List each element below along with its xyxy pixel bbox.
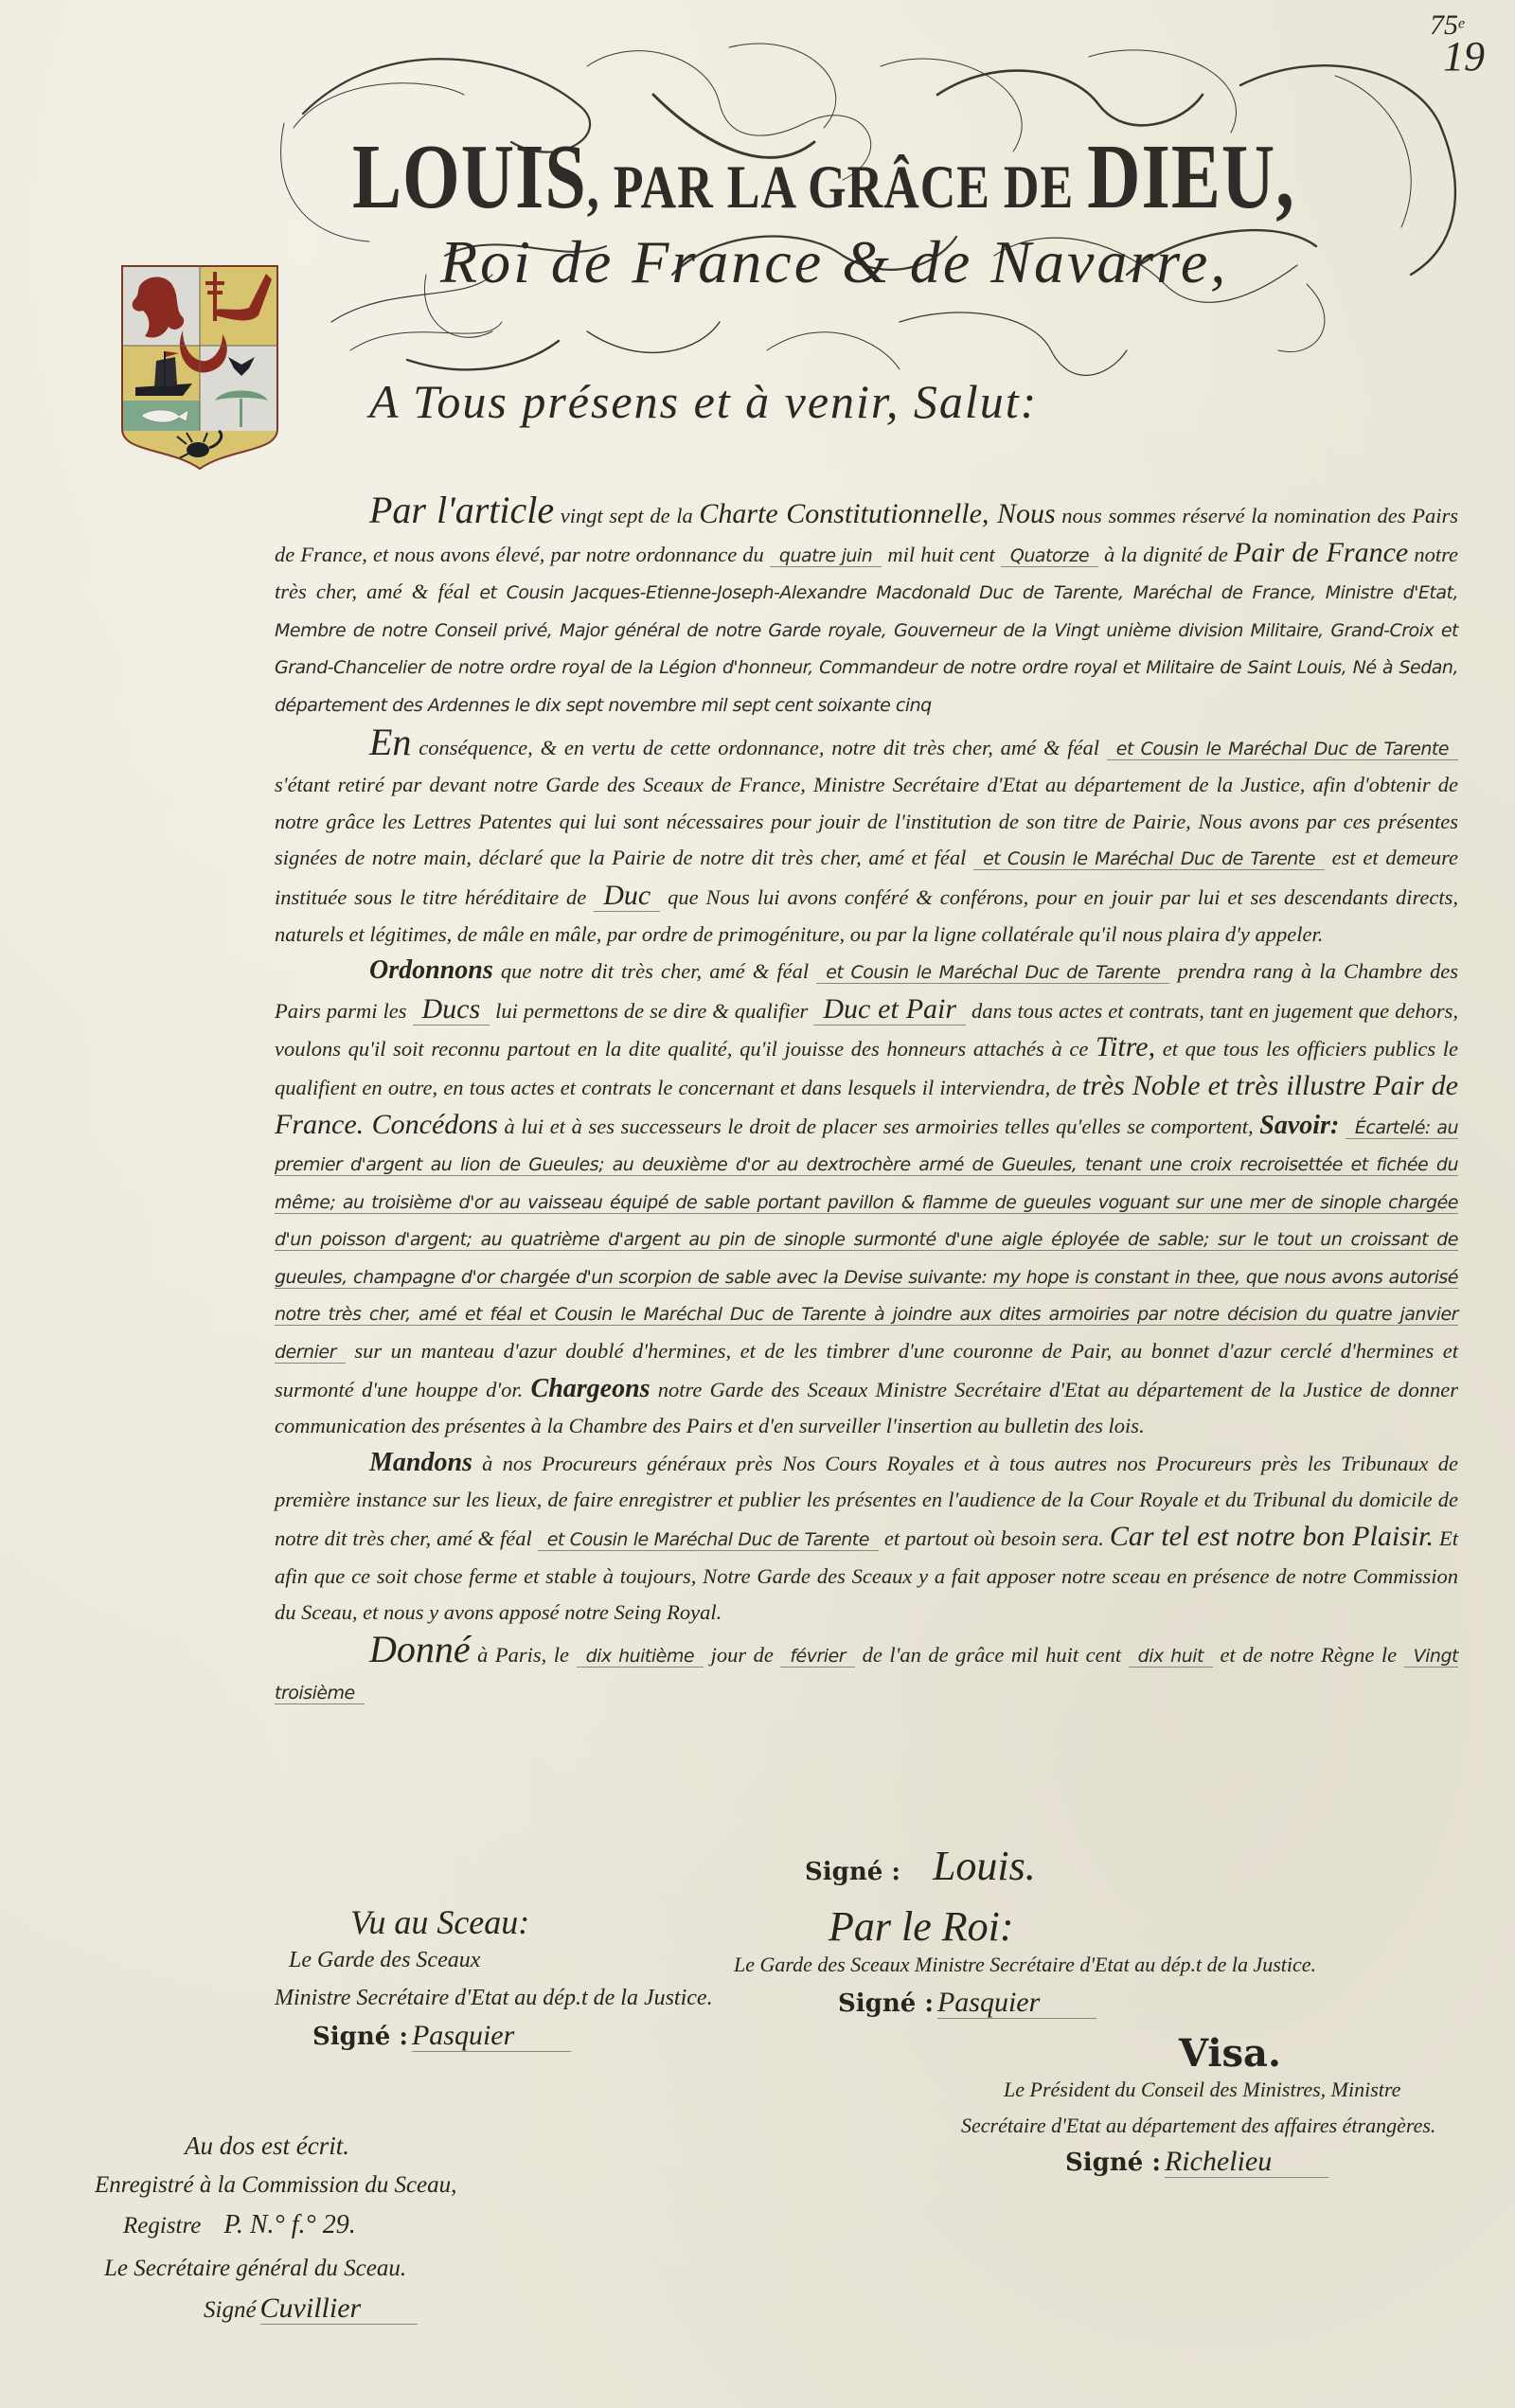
paragraph-mandons: Mandons à nos Procureurs généraux près N… (275, 1445, 1458, 1632)
king-signature: Signé : Louis. (805, 1842, 1036, 1890)
concedons-word: Concédons (364, 1109, 498, 1140)
visa-line1: Le Président du Conseil des Ministres, M… (1004, 2072, 1435, 2108)
letters-patent-title: LOUIS, PAR LA GRÂCE DE DIEU, (352, 123, 1295, 230)
body-text: jour de (704, 1643, 780, 1667)
savoir-word: Savoir: (1259, 1111, 1339, 1140)
signature-label: Signé : (805, 1858, 900, 1886)
body-text: vingt sept de la (554, 504, 699, 527)
body-text: et partout où besoin sera. (879, 1526, 1110, 1550)
bon-plaisir: Car tel est notre bon Plaisir. (1110, 1521, 1434, 1552)
lead-word-chargeons: Chargeons (531, 1374, 651, 1403)
filled-day: dix huitième (577, 1646, 704, 1668)
par-le-roi-line1: Le Garde des Sceaux Ministre Secrétaire … (734, 1946, 1316, 1984)
signature-name: Richelieu (1165, 2146, 1328, 2178)
filled-name: et Cousin le Maréchal Duc de Tarente (973, 848, 1325, 870)
filled-month: février (780, 1646, 855, 1668)
body-text: à la dignité de (1098, 543, 1234, 566)
lead-word: Donné (369, 1628, 471, 1670)
body-text: que notre dit très cher, amé & féal (493, 959, 817, 983)
folio-superscript: e (1458, 16, 1465, 32)
filled-name: et Cousin le Maréchal Duc de Tarente (816, 962, 1169, 984)
paragraph-charter: Par l'article vingt sept de la Charte Co… (275, 492, 1458, 724)
paragraph-consequence: En conséquence, & en vertu de cette ordo… (275, 724, 1458, 954)
signature-name: Louis. (933, 1843, 1036, 1889)
par-le-roi-block: Par le Roi: Le Garde des Sceaux Ministre… (734, 1908, 1316, 2026)
title-king-of-france: Roi de France & de Navarre, (440, 227, 1228, 297)
par-le-roi-heading: Par le Roi: (829, 1908, 1316, 1946)
lead-word: Par l'article (369, 489, 554, 531)
title-comma: , (1275, 124, 1295, 227)
register-value: P. N.° f.° 29. (223, 2210, 355, 2239)
body-text: lui permettons de se dire & qualifier (490, 999, 813, 1023)
pair-de-france: Pair de France (1234, 537, 1408, 568)
lead-word: En (369, 721, 411, 763)
signature-name: Cuvillier (260, 2292, 419, 2325)
body-text: à lui et à ses successeurs le droit de p… (498, 1115, 1259, 1138)
seal-line1: Le Garde des Sceaux (289, 1941, 713, 1979)
lead-word: Ordonnons (369, 955, 493, 985)
filled-year: Quatorze (1001, 545, 1098, 567)
title-king-name: LOUIS (352, 124, 587, 227)
seal-line2: Ministre Secrétaire d'Etat au dép.t de l… (275, 1979, 713, 2017)
title-greeting: A Tous présens et à venir, Salut: (369, 374, 1038, 429)
title-god: DIEU (1087, 124, 1275, 227)
filled-date: quatre juin (770, 545, 882, 567)
seal-block: Vu au Sceau: Le Garde des Sceaux Ministr… (275, 1903, 713, 2060)
letters-patent-body: Par l'article vingt sept de la Charte Co… (275, 492, 1458, 1712)
signature-name: Pasquier (412, 2020, 571, 2052)
verso-line3: Le Secrétaire général du Sceau. (104, 2249, 456, 2289)
paragraph-ordonnons: Ordonnons que notre dit très cher, amé &… (275, 953, 1458, 1445)
visa-line2: Secrétaire d'Etat au département des aff… (961, 2108, 1435, 2144)
visa-block: Visa. Le Président du Conseil des Minist… (961, 2036, 1435, 2185)
body-text: mil huit cent (882, 543, 1001, 566)
seal-heading: Vu au Sceau: (350, 1903, 713, 1941)
folio-second-number: 19 (1443, 36, 1485, 78)
lead-word: Mandons (369, 1448, 472, 1477)
register-label: Registre (123, 2213, 201, 2239)
verso-heading: Au dos est écrit. (185, 2126, 456, 2166)
hereditary-title: Duc (594, 880, 660, 912)
title-by-grace: , PAR LA GRÂCE DE (587, 154, 1087, 222)
titre-word: Titre, (1096, 1031, 1155, 1062)
body-text: conséquence, & en vertu de cette ordonna… (411, 736, 1106, 759)
body-text: à Paris, le (471, 1643, 577, 1667)
signature-name: Pasquier (937, 1987, 1096, 2019)
folio-number: 75e 19 (1430, 11, 1485, 78)
body-text: de l'an de grâce mil huit cent (855, 1643, 1129, 1667)
verso-line1: Enregistré à la Commission du Sceau, (95, 2166, 456, 2205)
filled-name: et Cousin le Maréchal Duc de Tarente (1107, 739, 1458, 760)
nous-word: Nous (989, 498, 1055, 529)
signature-label: Signé (204, 2297, 257, 2323)
filled-year: dix huit (1129, 1646, 1213, 1668)
signature-label: Signé : (838, 1989, 934, 2018)
rank-ducs: Ducs (413, 993, 490, 1026)
signature-label: Signé : (312, 2023, 408, 2051)
paragraph-donne: Donné à Paris, le dix huitième jour de f… (275, 1632, 1458, 1712)
verso-registration-block: Au dos est écrit. Enregistré à la Commis… (95, 2126, 456, 2333)
blazon-text: Écartelé: au premier d'argent au lion de… (275, 1117, 1458, 1365)
signature-label: Signé : (1065, 2149, 1161, 2177)
filled-name: et Cousin le Maréchal Duc de Tarente (538, 1529, 879, 1551)
charter-reference: Charte Constitutionnelle, (699, 498, 989, 529)
visa-heading: Visa. (1179, 2036, 1435, 2072)
title-duc-et-pair: Duc et Pair (813, 993, 966, 1026)
body-text: et de notre Règne le (1213, 1643, 1404, 1667)
coat-of-arms-icon (116, 259, 283, 473)
